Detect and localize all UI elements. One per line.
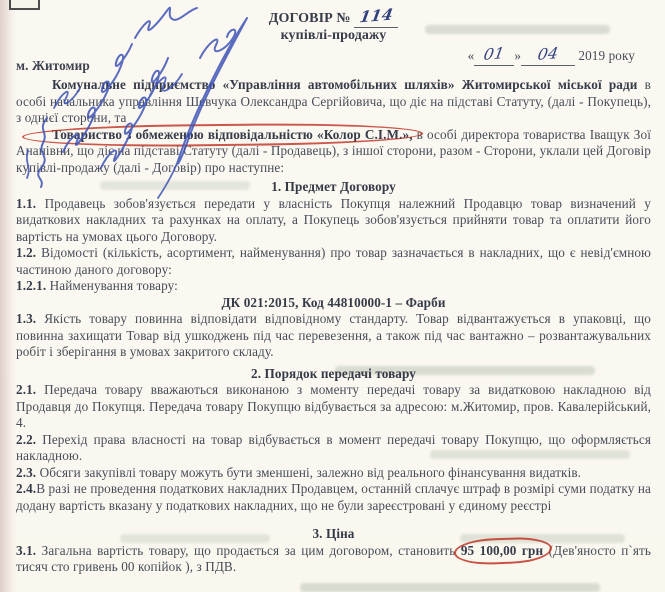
product-code-line: ДК 021:2015, Код 44810000-1 – Фарби bbox=[16, 295, 651, 312]
clause-1-2: 1.2. Відомості (кількість, асортимент, н… bbox=[16, 245, 651, 278]
contract-date: «01»04 2019 року bbox=[468, 47, 635, 66]
preamble-paragraph-buyer: Комунальне підприємство «Управління авто… bbox=[16, 77, 651, 127]
open-quote: « bbox=[468, 48, 475, 63]
clause-number: 2.3. bbox=[16, 465, 40, 480]
clause-number: 2.2. bbox=[16, 432, 42, 447]
month-line: 04 bbox=[521, 47, 575, 66]
clause-2-3: 2.3. Обсяги закупівлі товару можуть бути… bbox=[16, 465, 651, 482]
clause-number: 1.3. bbox=[16, 311, 44, 326]
day-line: 01 bbox=[474, 47, 514, 66]
clause-text: Найменування товару: bbox=[50, 278, 178, 293]
close-quote: » bbox=[514, 48, 521, 63]
clause-text: Продавець зобов'язується передати у влас… bbox=[16, 196, 651, 244]
section-2-heading: 2. Порядок передачі товару bbox=[16, 366, 651, 383]
day-handwritten: 01 bbox=[483, 45, 506, 63]
clause-number: 1.2.1. bbox=[16, 278, 50, 293]
page-corner-mark bbox=[9, 0, 40, 10]
clause-2-2: 2.2. Перехід права власності на товар ві… bbox=[16, 432, 651, 465]
clause-text: Загальна вартість товару, що продається … bbox=[42, 543, 461, 558]
clause-number: 2.1. bbox=[16, 382, 44, 397]
contract-title: ДОГОВІР № 114 bbox=[16, 8, 651, 28]
clause-number: 1.1. bbox=[16, 196, 45, 211]
buyer-name: Комунальне підприємство «Управління авто… bbox=[52, 77, 637, 92]
contract-body: ДОГОВІР № 114 купівлі-продажу «01»04 201… bbox=[16, 8, 651, 576]
clause-text: Передача товару вважаються виконаною з м… bbox=[16, 382, 651, 430]
clause-text: Перехід права власності на товар відбува… bbox=[16, 432, 651, 464]
clause-1-2-1: 1.2.1. Найменування товару: bbox=[16, 278, 651, 295]
clause-2-4: 2.4.В разі не проведення податкових накл… bbox=[16, 481, 651, 514]
year-text: 2019 року bbox=[578, 48, 635, 63]
section-3-heading: 3. Ціна bbox=[16, 526, 651, 543]
clause-text: Якість товару повинна відповідати відпов… bbox=[16, 311, 651, 359]
clause-1-1: 1.1. Продавець зобов'язується передати у… bbox=[16, 196, 651, 246]
header-row: «01»04 2019 року м. Житомир bbox=[16, 44, 651, 77]
seller-name-red-circled: Товариство з обмеженою відповідальністю … bbox=[52, 127, 413, 142]
clause-1-3: 1.3. Якість товару повинна відповідати в… bbox=[16, 311, 651, 361]
contract-number-handwritten: 114 bbox=[358, 6, 394, 26]
clause-number: 1.2. bbox=[16, 245, 41, 260]
total-price-red-circled: 95 100,00 грн bbox=[461, 543, 543, 558]
preamble-paragraph-seller: Товариство з обмеженою відповідальністю … bbox=[16, 127, 651, 177]
clause-text: В разі не проведення податкових накладни… bbox=[16, 481, 651, 513]
clause-number: 3.1. bbox=[16, 543, 42, 558]
clause-text: Відомості (кількість, асортимент, наймен… bbox=[16, 245, 651, 277]
clause-number: 2.4. bbox=[16, 481, 36, 496]
contract-number-line: 114 bbox=[354, 8, 398, 28]
contract-subtitle: купівлі-продажу bbox=[16, 28, 651, 44]
title-text: ДОГОВІР № bbox=[269, 11, 351, 26]
bleed-through-text bbox=[300, 583, 600, 592]
month-handwritten: 04 bbox=[537, 45, 560, 63]
clause-text: Обсяги закупівлі товару можуть бути змен… bbox=[40, 465, 581, 480]
section-1-heading: 1. Предмет Договору bbox=[16, 179, 651, 196]
clause-3-1: 3.1. Загальна вартість товару, що продає… bbox=[16, 543, 651, 576]
scanned-contract-page: ДОГОВІР № 114 купівлі-продажу «01»04 201… bbox=[0, 0, 665, 592]
city-label: м. Житомир bbox=[16, 58, 90, 75]
clause-2-1: 2.1. Передача товару вважаються виконано… bbox=[16, 382, 651, 432]
